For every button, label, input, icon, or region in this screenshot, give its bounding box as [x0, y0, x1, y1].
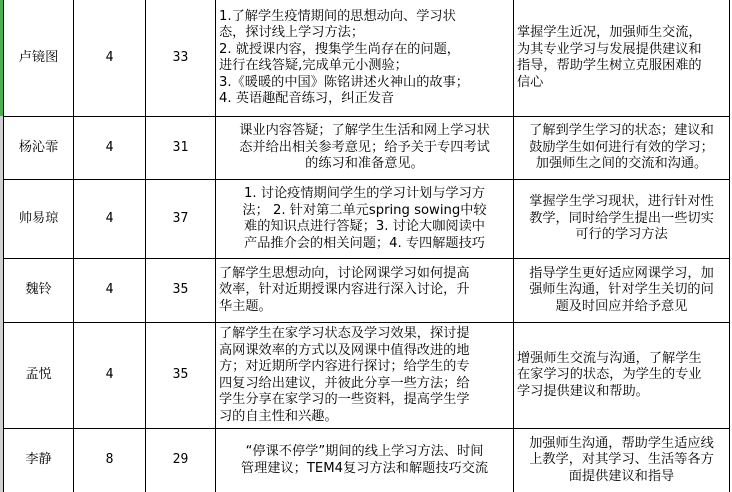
- teacher-name-cell[interactable]: 孟悦: [4, 323, 74, 429]
- table-row: 卢镜图 4 33 1.了解学生疫情期间的思想动向、学习状 态，探讨线上学习方法；…: [4, 0, 730, 117]
- content-line: 2. 就授课内容，搜集学生尚存在的问题，: [219, 42, 510, 59]
- effect-line: 信心: [517, 75, 726, 92]
- count-cell[interactable]: 4: [74, 323, 146, 429]
- count-cell[interactable]: 4: [74, 0, 146, 117]
- teacher-name-cell[interactable]: 帅易琼: [4, 180, 74, 259]
- content-line: 华主题。: [219, 299, 510, 316]
- content-cell[interactable]: 课业内容答疑；了解学生生活和网上学习状 态并给出相关参考意见；给予关于专四考试 …: [216, 117, 514, 180]
- effect-cell[interactable]: 了解到学生学习的状态；建议和 鼓励学生如何进行有效的学习； 加强师生之间的交流和…: [514, 117, 730, 180]
- student-count-cell[interactable]: 37: [146, 180, 216, 259]
- effect-line: 指导学生更好适应网课学习，加: [517, 266, 726, 283]
- content-line: 方；对近期所学内容进行探讨；给学生的专: [219, 359, 510, 376]
- count-cell[interactable]: 8: [74, 429, 146, 492]
- effect-line: 可行的学习方法: [517, 227, 726, 244]
- content-line: 3.《暖暖的中国》陈铭讲述火神山的故事；: [219, 75, 510, 92]
- content-cell[interactable]: 了解学生思想动向，讨论网课学习如何提高 效率，针对近期授课内容进行深入讨论，升 …: [216, 259, 514, 323]
- student-count-cell[interactable]: 29: [146, 429, 216, 492]
- content-cell[interactable]: 了解学生在家学习状态及学习效果，探讨提 高网课效率的方式以及网课中值得改进的地 …: [216, 323, 514, 429]
- content-line: 了解学生在家学习状态及学习效果，探讨提: [219, 326, 510, 343]
- teacher-name-cell[interactable]: 魏铃: [4, 259, 74, 323]
- effect-cell[interactable]: 指导学生更好适应网课学习，加 强师生沟通，针对学生关切的问 题及时回应并给予意见: [514, 259, 730, 323]
- content-line: 进行在线答疑,完成单元小测验；: [219, 58, 510, 75]
- effect-line: 掌握学生近况，加强师生交流，: [517, 25, 726, 42]
- content-line: 习的自主性和兴趣。: [219, 409, 510, 426]
- effect-line: 面提供建议和指导: [517, 469, 726, 486]
- effect-line: 教学，同时给学生提出一些切实: [517, 211, 726, 228]
- count-cell[interactable]: 4: [74, 117, 146, 180]
- content-line: 法； 2. 针对第二单元spring sowing中较: [219, 203, 510, 220]
- effect-line: 加强师生沟通，帮助学生适应线: [517, 436, 726, 453]
- effect-line: 了解到学生学习的状态；建议和: [517, 123, 726, 140]
- content-line: 课业内容答疑；了解学生生活和网上学习状: [219, 123, 510, 140]
- effect-line: 指导，帮助学生树立克服困难的: [517, 58, 726, 75]
- content-line: 1.了解学生疫情期间的思想动向、学习状: [219, 9, 510, 26]
- table-row: 李静 8 29 “停课不停学”期间的线上学习方法、时间 管理建议；TEM4复习方…: [4, 429, 730, 492]
- table-row: 孟悦 4 35 了解学生在家学习状态及学习效果，探讨提 高网课效率的方式以及网课…: [4, 323, 730, 429]
- content-line: 1. 讨论疫情期间学生的学习计划与学习方: [219, 186, 510, 203]
- content-line: 学生分享在家学习的一些资料，提高学生学: [219, 392, 510, 409]
- teacher-name-cell[interactable]: 李静: [4, 429, 74, 492]
- table-row: 杨沁霏 4 31 课业内容答疑；了解学生生活和网上学习状 态并给出相关参考意见；…: [4, 117, 730, 180]
- activity-table: 卢镜图 4 33 1.了解学生疫情期间的思想动向、学习状 态，探讨线上学习方法；…: [3, 0, 730, 492]
- table-row: 魏铃 4 35 了解学生思想动向，讨论网课学习如何提高 效率，针对近期授课内容进…: [4, 259, 730, 323]
- student-count-cell[interactable]: 31: [146, 117, 216, 180]
- content-line: 效率，针对近期授课内容进行深入讨论，升: [219, 282, 510, 299]
- content-cell[interactable]: “停课不停学”期间的线上学习方法、时间 管理建议；TEM4复习方法和解题技巧交流: [216, 429, 514, 492]
- content-cell[interactable]: 1. 讨论疫情期间学生的学习计划与学习方 法； 2. 针对第二单元spring …: [216, 180, 514, 259]
- effect-cell[interactable]: 掌握学生学习现状，进行针对性 教学，同时给学生提出一些切实 可行的学习方法: [514, 180, 730, 259]
- count-cell[interactable]: 4: [74, 259, 146, 323]
- effect-line: 为其专业学习与发展提供建议和: [517, 42, 726, 59]
- teacher-name-cell[interactable]: 卢镜图: [4, 0, 74, 117]
- effect-line: 加强师生之间的交流和沟通。: [517, 156, 726, 173]
- effect-line: 掌握学生学习现状，进行针对性: [517, 194, 726, 211]
- student-count-cell[interactable]: 35: [146, 323, 216, 429]
- student-count-cell[interactable]: 35: [146, 259, 216, 323]
- effect-line: 题及时回应并给予意见: [517, 299, 726, 316]
- content-line: 的练习和准备意见。: [219, 156, 510, 173]
- content-line: 了解学生思想动向，讨论网课学习如何提高: [219, 266, 510, 283]
- effect-cell[interactable]: 增强师生交流与沟通，了解学生 在家学习的状态，为学生的专业 学习提供建议和帮助。: [514, 323, 730, 429]
- content-cell[interactable]: 1.了解学生疫情期间的思想动向、学习状 态，探讨线上学习方法； 2. 就授课内容…: [216, 0, 514, 117]
- effect-line: 在家学习的状态，为学生的专业: [517, 367, 726, 384]
- effect-line: 学习提供建议和帮助。: [517, 384, 726, 401]
- content-line: 高网课效率的方式以及网课中值得改进的地: [219, 343, 510, 360]
- effect-line: 强师生沟通，针对学生关切的问: [517, 282, 726, 299]
- count-cell[interactable]: 4: [74, 180, 146, 259]
- content-line: 态并给出相关参考意见；给予关于专四考试: [219, 140, 510, 157]
- table-row: 帅易琼 4 37 1. 讨论疫情期间学生的学习计划与学习方 法； 2. 针对第二…: [4, 180, 730, 259]
- content-line: 产品推介会的相关问题；4. 专四解题技巧: [219, 236, 510, 253]
- content-line: 态，探讨线上学习方法；: [219, 25, 510, 42]
- teacher-name-cell[interactable]: 杨沁霏: [4, 117, 74, 180]
- content-line: “停课不停学”期间的线上学习方法、时间: [219, 444, 510, 461]
- effect-line: 增强师生交流与沟通，了解学生: [517, 351, 726, 368]
- content-line: 管理建议；TEM4复习方法和解题技巧交流: [219, 461, 510, 478]
- content-line: 四复习给出建议，并彼此分享一些方法；给: [219, 376, 510, 393]
- effect-cell[interactable]: 加强师生沟通，帮助学生适应线 上教学，对其学习、生活等各方 面提供建议和指导: [514, 429, 730, 492]
- effect-cell[interactable]: 掌握学生近况，加强师生交流， 为其专业学习与发展提供建议和 指导，帮助学生树立克…: [514, 0, 730, 117]
- effect-line: 鼓励学生如何进行有效的学习；: [517, 140, 726, 157]
- content-line: 难的知识点进行答疑；3. 讨论大咖阅读中: [219, 219, 510, 236]
- effect-line: 上教学，对其学习、生活等各方: [517, 452, 726, 469]
- student-count-cell[interactable]: 33: [146, 0, 216, 117]
- content-line: 4. 英语趣配音练习，纠正发音: [219, 91, 510, 108]
